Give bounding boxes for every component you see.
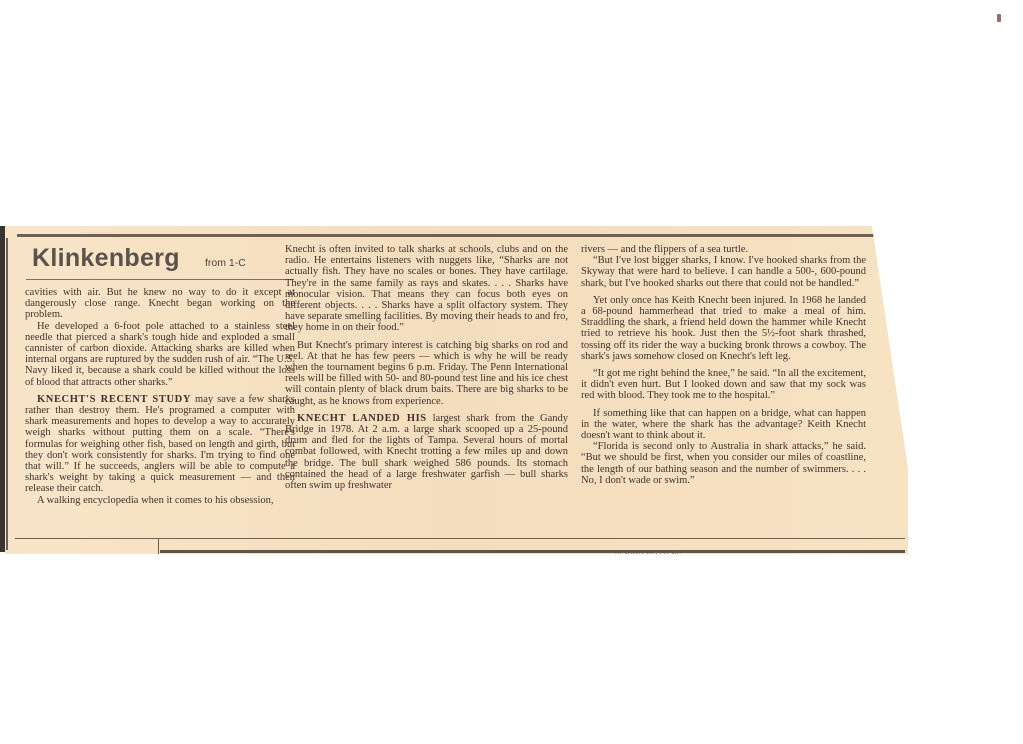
scan-speck (997, 14, 1001, 22)
footer-fragment: SENIOR CITIZENS (615, 553, 682, 559)
paragraph: A walking encyclopedia when it comes to … (25, 495, 295, 506)
subhead-lead: KNECHT'S RECENT STUDY (37, 394, 191, 405)
top-rule (17, 234, 877, 237)
bottom-rule (15, 538, 905, 539)
paragraph: KNECHT'S RECENT STUDY may save a few sha… (25, 394, 295, 495)
paragraph: rivers — and the flippers of a sea turtl… (581, 244, 866, 255)
headline-rule (26, 279, 294, 280)
paragraph: But Knecht's primary interest is catchin… (285, 340, 568, 407)
newspaper-clipping: Klinkenberg from 1-C cavities with air. … (5, 226, 908, 554)
scan-edge-shadow (0, 226, 5, 552)
article-column-2: Knecht is often invited to talk sharks a… (285, 244, 568, 491)
article-column-3: rivers — and the flippers of a sea turtl… (581, 244, 866, 486)
paragraph: “But I've lost bigger sharks, I know. I'… (581, 255, 866, 289)
bottom-heavy-rule (160, 550, 905, 553)
column-headline: Klinkenberg (32, 244, 180, 273)
paragraph-text: largest shark from the Gandy Bridge in 1… (285, 413, 568, 491)
paragraph: “Florida is second only to Australia in … (581, 441, 866, 486)
paragraph: Knecht is often invited to talk sharks a… (285, 244, 568, 334)
paragraph: He developed a 6-foot pole attached to a… (25, 321, 295, 388)
paragraph: Yet only once has Keith Knecht been inju… (581, 295, 866, 362)
article-column-1: cavities with air. But he knew no way to… (25, 287, 295, 506)
paragraph: KNECHT LANDED HIS largest shark from the… (285, 413, 568, 491)
paragraph: cavities with air. But he knew no way to… (25, 287, 295, 321)
paragraph: “It got me right behind the knee,” he sa… (581, 368, 866, 402)
jump-line: from 1-C (205, 257, 246, 269)
column-divider (158, 538, 159, 554)
paragraph-text: may save a few sharks rather than destro… (25, 394, 295, 495)
subhead-lead: KNECHT LANDED HIS (297, 413, 427, 424)
paragraph: If something like that can happen on a b… (581, 408, 866, 442)
left-rule (6, 238, 8, 550)
